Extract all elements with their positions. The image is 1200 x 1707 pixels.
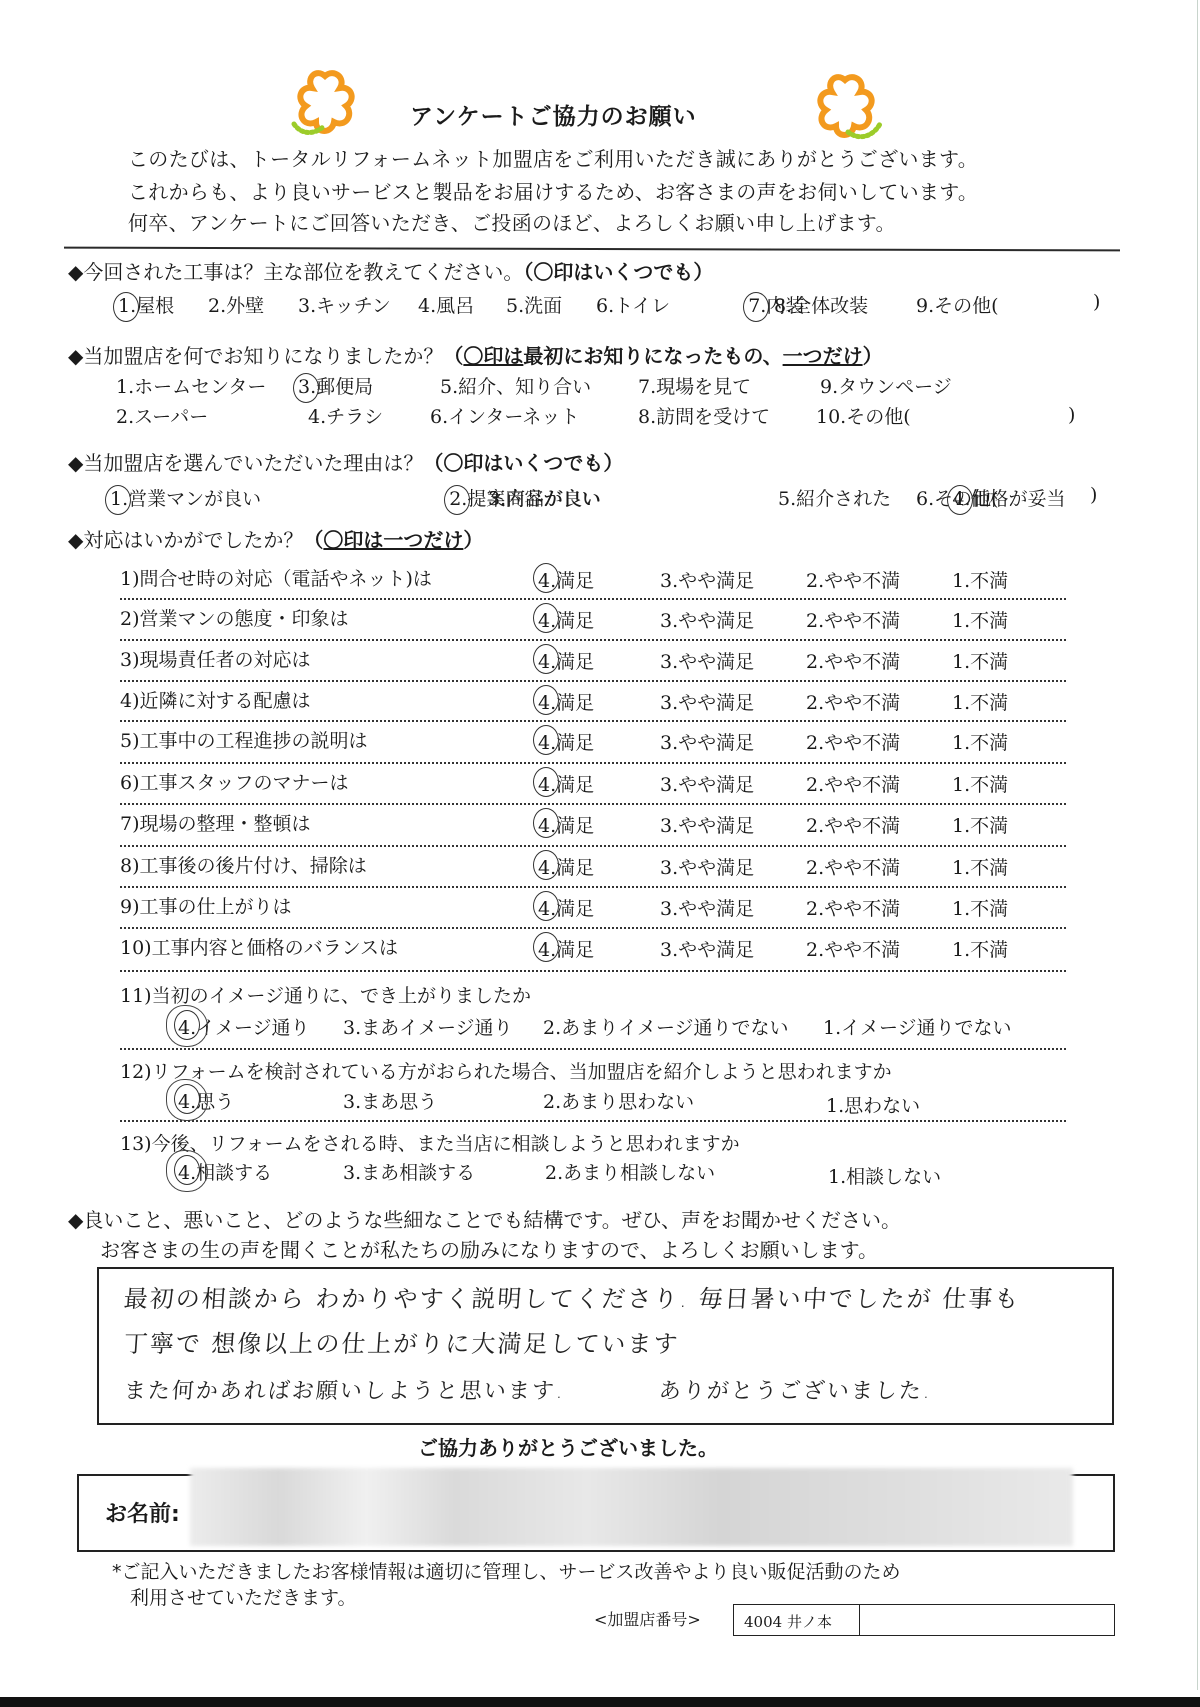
scan-edge [1197, 0, 1198, 1690]
option-internet[interactable]: 6.インターネット [430, 402, 579, 429]
rating-3[interactable]: 3.まあイメージ通り [343, 1013, 513, 1040]
option-other-close: ) [1068, 404, 1075, 426]
rating-3[interactable]: 3.まあ相談する [343, 1158, 475, 1185]
rating-row: 4)近隣に対する配慮は 4.満足 3.やや満足 2.やや不満 1.不満 [120, 680, 1066, 720]
rating-1[interactable]: 1.不満 [952, 811, 1008, 838]
divider [64, 247, 1120, 252]
dotted-divider [120, 1120, 1066, 1122]
rating-row: 3)現場責任者の対応は 4.満足 3.やや満足 2.やや不満 1.不満 [120, 639, 1066, 679]
rating-4[interactable]: 4.満足 [538, 935, 594, 962]
handwritten-comment: 最初の相談から わかりやすく説明してくださり. 毎日暑い中でしたが 仕事も [123, 1279, 1022, 1314]
option-other[interactable]: 9.その他( [916, 291, 999, 318]
rating-2[interactable]: 2.あまり相談しない [545, 1158, 715, 1185]
question-how-found: ◆当加盟店を何でお知りになりましたか？（〇印は最初にお知りになったもの、一つだけ… [68, 340, 883, 369]
rating-3[interactable]: 3.やや満足 [660, 811, 754, 838]
rating-3[interactable]: 3.やや満足 [660, 894, 754, 921]
rating-1[interactable]: 1.不満 [952, 853, 1008, 880]
rating-1[interactable]: 1.不満 [952, 728, 1008, 755]
option-visited[interactable]: 8.訪問を受けて [638, 402, 770, 429]
rating-row: 9)工事の仕上がりは 4.満足 3.やや満足 2.やや不満 1.不満 [120, 886, 1066, 926]
rating-2[interactable]: 2.やや不満 [806, 935, 900, 962]
rating-1[interactable]: 1.不満 [952, 606, 1008, 633]
option-roof[interactable]: 1.屋根 [118, 295, 174, 317]
rating-2[interactable]: 2.やや不満 [806, 894, 900, 921]
question-reason: ◆当加盟店を選んでいただいた理由は？（〇印はいくつでも） [68, 447, 623, 476]
rating-3[interactable]: 3.やや満足 [660, 566, 754, 593]
rating-row: 1)問合せ時の対応（電話やネット)は 4.満足 3.やや満足 2.やや不満 1.… [120, 558, 1066, 598]
rating-3[interactable]: 3.やや満足 [660, 606, 754, 633]
option-full-renovation[interactable]: 8.全体改装 [774, 291, 868, 318]
rating-2[interactable]: 2.やや不満 [806, 566, 900, 593]
option-saw-site[interactable]: 7.現場を見て [638, 372, 751, 399]
rating-1[interactable]: 1.思わない [826, 1091, 920, 1118]
option-other-close: ) [1090, 484, 1097, 506]
rating-4[interactable]: 4.思う [178, 1087, 234, 1114]
rating-2[interactable]: 2.やや不満 [806, 647, 900, 674]
option-bath[interactable]: 4.風呂 [418, 291, 474, 318]
intro-text: これからも、より良いサービスと製品をお届けするため、お客さまの声をお伺いしていま… [128, 177, 978, 207]
reason-options: 1.営業マンが良い 2.提案内容が良い 3.商品が良い 4.価格が妥当 5.紹介… [110, 484, 538, 511]
store-number-box: 4004 井ノ本 [733, 1604, 1115, 1636]
question-work-area: ◆今回された工事は？主な部位を教えてください。（〇印はいくつでも） [68, 256, 713, 285]
privacy-notice: *ご記入いただきましたお客様情報は適切に管理し、サービス改善やより良い販促活動の… [112, 1557, 901, 1584]
store-number-label: <加盟店番号> [594, 1607, 701, 1630]
question-11-label: 11)当初のイメージ通りに、でき上がりましたか [120, 981, 531, 1008]
intro-text: 何卒、アンケートにご回答いただき、ご投函のほど、よろしくお願い申し上げます。 [128, 208, 896, 238]
rating-3[interactable]: 3.やや満足 [660, 647, 754, 674]
rating-row: 8)工事後の後片付け、掃除は 4.満足 3.やや満足 2.やや不満 1.不満 [120, 845, 1066, 885]
rating-4[interactable]: 4.満足 [538, 770, 594, 797]
option-other[interactable]: 6.その他( [916, 484, 999, 511]
rating-4[interactable]: 4.満足 [538, 853, 594, 880]
option-referred[interactable]: 5.紹介された [778, 484, 891, 511]
option-good-product[interactable]: 3.商品が良い [488, 484, 601, 511]
rating-1[interactable]: 1.不満 [952, 935, 1008, 962]
rating-2[interactable]: 2.やや不満 [806, 728, 900, 755]
privacy-notice: 利用させていただきます。 [130, 1583, 356, 1610]
rating-2[interactable]: 2.やや不満 [806, 853, 900, 880]
handwritten-comment: ありがとうございました. [658, 1374, 933, 1405]
rating-4[interactable]: 4.満足 [538, 606, 594, 633]
handwritten-comment: また何かあればお願いしようと思います. [123, 1374, 566, 1405]
option-kitchen[interactable]: 3.キッチン [298, 291, 391, 318]
rating-3[interactable]: 3.やや満足 [660, 853, 754, 880]
rating-1[interactable]: 1.不満 [952, 894, 1008, 921]
rating-row: 10)工事内容と価格のバランスは 4.満足 3.やや満足 2.やや不満 1.不満 [120, 927, 1066, 967]
option-toilet[interactable]: 6.トイレ [596, 291, 670, 318]
rating-1[interactable]: 1.不満 [952, 647, 1008, 674]
question-service: ◆対応はいかがでしたか？（〇印は一つだけ） [68, 524, 483, 553]
option-town-page[interactable]: 9.タウンページ [820, 372, 952, 399]
rating-1[interactable]: 1.不満 [952, 566, 1008, 593]
rating-2[interactable]: 2.やや不満 [806, 606, 900, 633]
question-12-label: 12)リフォームを検討されている方がおられた場合、当加盟店を紹介しようと思われま… [120, 1057, 892, 1084]
dotted-divider [120, 970, 1066, 972]
rating-2[interactable]: 2.あまりイメージ通りでない [543, 1013, 789, 1040]
rating-2[interactable]: 2.やや不満 [806, 811, 900, 838]
option-referral[interactable]: 5.紹介、知り合い [440, 372, 591, 399]
comment-prompt: お客さまの生の声を聞くことが私たちの励みになりますので、よろしくお願いします。 [100, 1234, 878, 1263]
rating-4[interactable]: 4.満足 [538, 688, 594, 715]
flower-icon [812, 72, 882, 142]
option-supermarket[interactable]: 2.スーパー [116, 402, 208, 429]
survey-page: アンケートご協力のお願い このたびは、トータルリフォームネット加盟店をご利用いた… [0, 0, 1200, 1707]
rating-4[interactable]: 4.相談する [178, 1158, 272, 1185]
work-area-options: 1.屋根 2.外壁 3.キッチン 4.風呂 5.洗面 6.トイレ 7.内装 8.… [118, 291, 236, 318]
handwritten-comment: 丁寧で 想像以上の仕上がりに大満足しています [123, 1324, 681, 1359]
rating-3[interactable]: 3.まあ思う [343, 1087, 437, 1114]
rating-4[interactable]: 4.満足 [538, 566, 594, 593]
rating-1[interactable]: 1.不満 [952, 688, 1008, 715]
comment-prompt: ◆良いこと、悪いこと、どのような些細なことでも結構です。ぜひ、声をお聞かせくださ… [68, 1204, 901, 1233]
thanks-message: ご協力ありがとうございました。 [418, 1432, 718, 1461]
rating-3[interactable]: 3.やや満足 [660, 770, 754, 797]
name-label: お名前: [105, 1497, 180, 1528]
option-home-center[interactable]: 1.ホームセンター [116, 372, 266, 399]
rating-1[interactable]: 1.不満 [952, 770, 1008, 797]
rating-4[interactable]: 4.満足 [538, 728, 594, 755]
rating-4[interactable]: 4.イメージ通り [178, 1013, 310, 1040]
rating-row: 2)営業マンの態度・印象は 4.満足 3.やや満足 2.やや不満 1.不満 [120, 598, 1066, 638]
page-title: アンケートご協力のお願い [410, 98, 697, 131]
dotted-divider [120, 1048, 1066, 1050]
rating-2[interactable]: 2.やや不満 [806, 770, 900, 797]
rating-2[interactable]: 2.やや不満 [806, 688, 900, 715]
rating-1[interactable]: 1.イメージ通りでない [823, 1013, 1012, 1040]
comment-textarea[interactable]: 最初の相談から わかりやすく説明してくださり. 毎日暑い中でしたが 仕事も 丁寧… [97, 1267, 1114, 1425]
option-post-office[interactable]: 3.郵便局 [298, 376, 373, 398]
option-flyer[interactable]: 4.チラシ [308, 402, 383, 429]
question-13-label: 13)今後、リフォームをされる時、また当店に相談しようと思われますか [120, 1129, 740, 1156]
store-number-value: 4004 井ノ本 [734, 1605, 860, 1635]
option-other-close: ) [1093, 291, 1100, 313]
how-found-options: 1.ホームセンター 3.郵便局 5.紹介、知り合い 7.現場を見て 9.タウンペ… [116, 372, 191, 399]
rating-2[interactable]: 2.あまり思わない [543, 1087, 694, 1114]
scan-border [0, 1697, 1200, 1707]
rating-3[interactable]: 3.やや満足 [660, 935, 754, 962]
rating-row: 5)工事中の工程進捗の説明は 4.満足 3.やや満足 2.やや不満 1.不満 [120, 720, 1066, 760]
rating-1[interactable]: 1.相談しない [828, 1162, 941, 1189]
rating-row: 7)現場の整理・整頓は 4.満足 3.やや満足 2.やや不満 1.不満 [120, 803, 1066, 843]
rating-3[interactable]: 3.やや満足 [660, 688, 754, 715]
option-other[interactable]: 10.その他( [816, 402, 911, 429]
intro-text: このたびは、トータルリフォームネット加盟店をご利用いただき誠にありがとうございま… [128, 144, 978, 174]
redacted-name [190, 1468, 1073, 1546]
flower-icon [290, 68, 360, 138]
rating-row: 6)工事スタッフのマナーは 4.満足 3.やや満足 2.やや不満 1.不満 [120, 762, 1066, 802]
option-exterior-wall[interactable]: 2.外壁 [208, 291, 264, 318]
option-good-salesperson[interactable]: 1.営業マンが良い [110, 488, 261, 510]
rating-4[interactable]: 4.満足 [538, 894, 594, 921]
option-washroom[interactable]: 5.洗面 [506, 291, 562, 318]
rating-4[interactable]: 4.満足 [538, 647, 594, 674]
rating-3[interactable]: 3.やや満足 [660, 728, 754, 755]
rating-4[interactable]: 4.満足 [538, 811, 594, 838]
